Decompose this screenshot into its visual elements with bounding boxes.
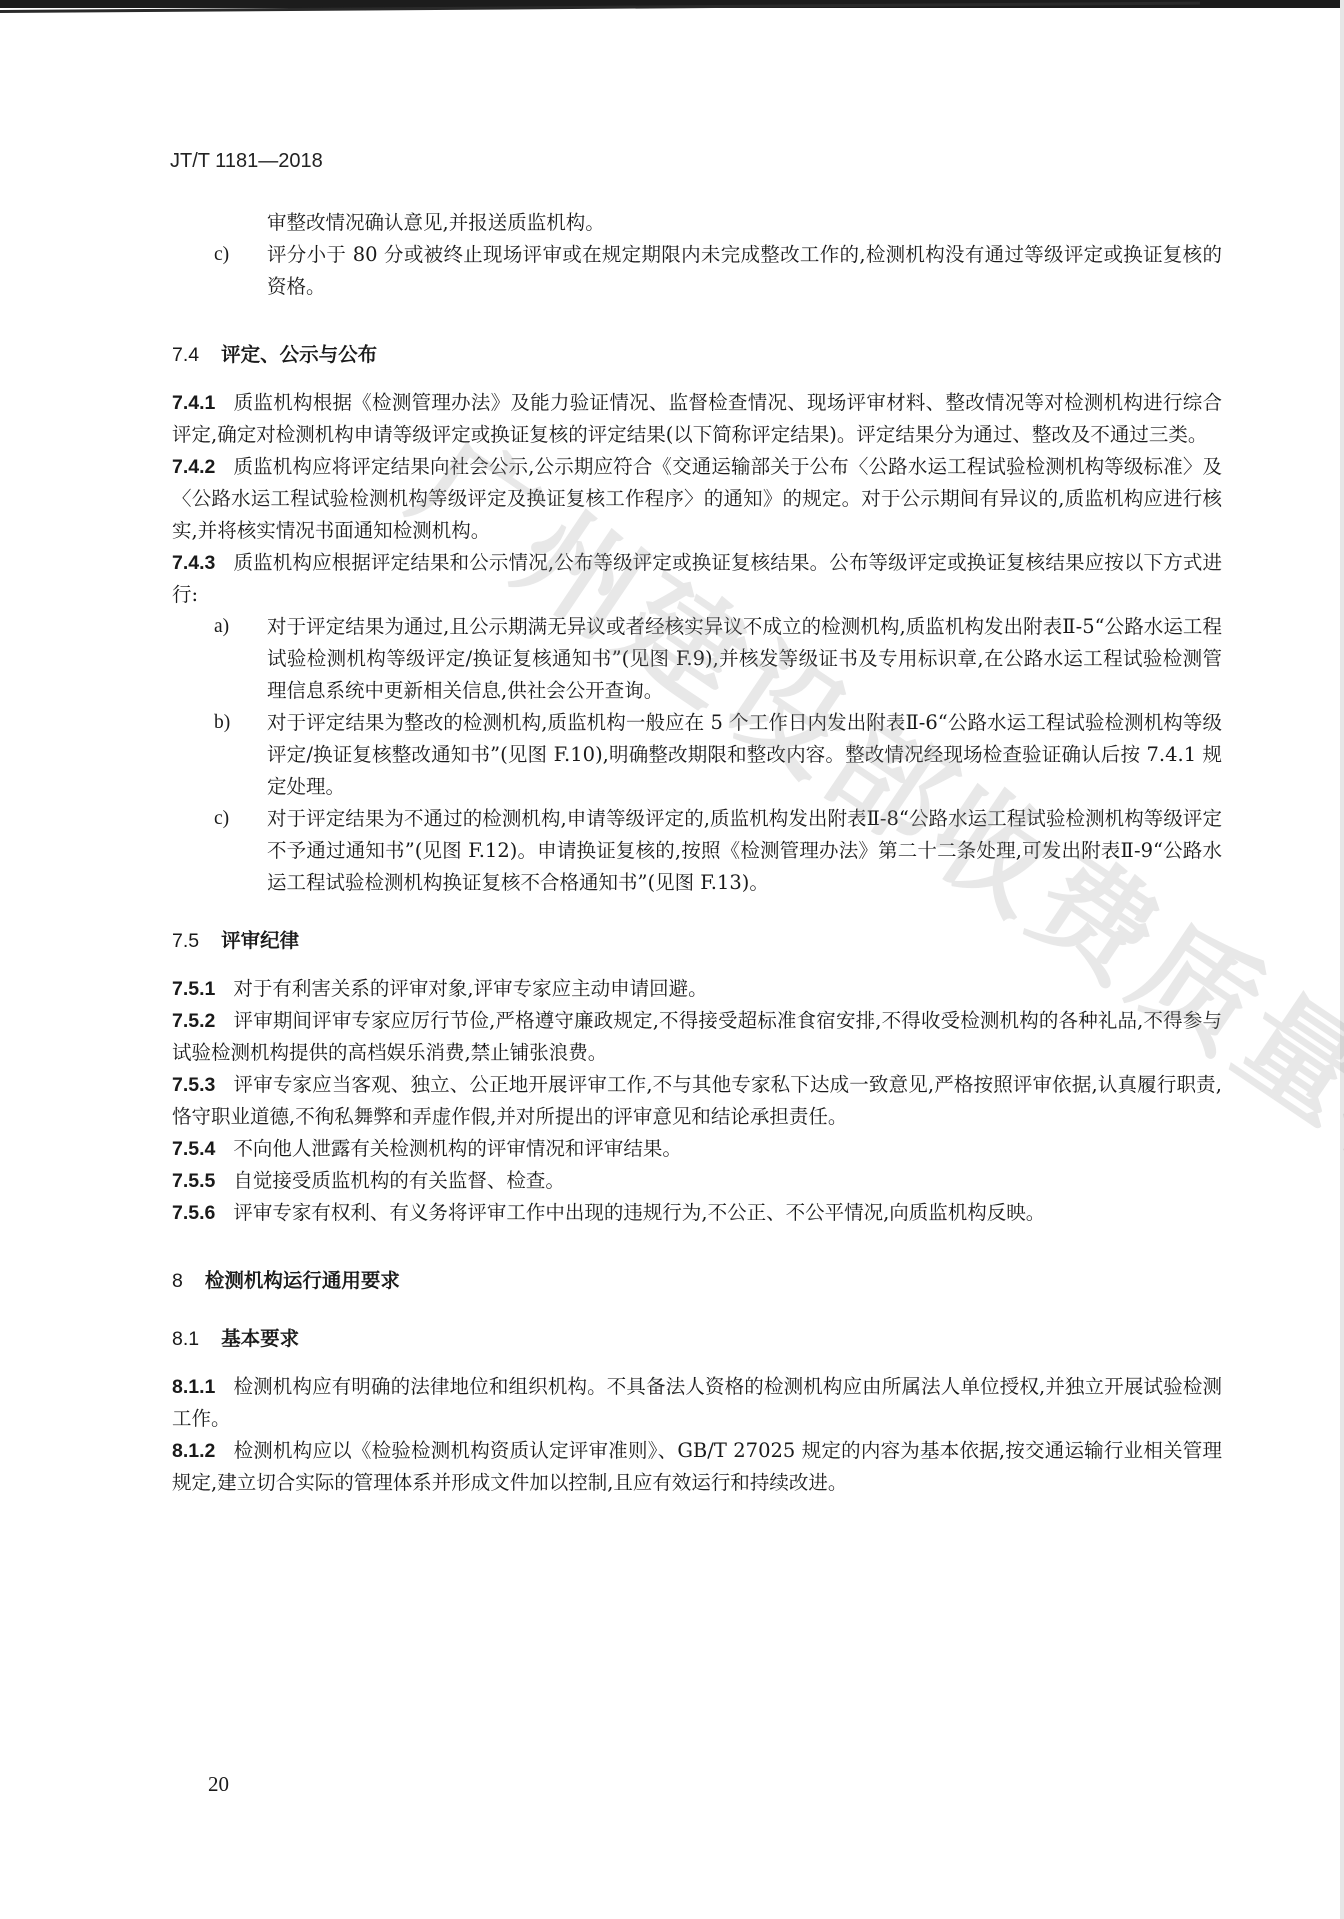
clause-text: 评审期间评审专家应厉行节俭,严格遵守廉政规定,不得接受超标准食宿安排,不得收受检… bbox=[172, 1009, 1222, 1064]
section-heading-8: 8检测机构运行通用要求 bbox=[172, 1265, 1222, 1297]
clause-text: 自觉接受质监机构的有关监督、检查。 bbox=[233, 1169, 565, 1192]
list-label: a) bbox=[214, 611, 229, 643]
clause-text: 对于有利害关系的评审对象,评审专家应主动申请回避。 bbox=[233, 977, 707, 1000]
section-number: 8.1 bbox=[172, 1328, 199, 1350]
clause-number: 8.1.1 bbox=[172, 1376, 215, 1398]
clause-text: 检测机构应有明确的法律地位和组织机构。不具备法人资格的检测机构应由所属法人单位授… bbox=[172, 1375, 1222, 1430]
list-label: c) bbox=[214, 239, 229, 271]
list-label: c) bbox=[214, 803, 229, 835]
clause-7-5-5: 7.5.5自觉接受质监机构的有关监督、检查。 bbox=[172, 1165, 1222, 1197]
list-item-a: a) 对于评定结果为通过,且公示期满无异议或者经核实异议不成立的检测机构,质监机… bbox=[172, 611, 1222, 707]
clause-text: 质监机构应将评定结果向社会公示,公示期应符合《交通运输部关于公布〈公路水运工程试… bbox=[172, 455, 1222, 542]
clause-text: 评审专家应当客观、独立、公正地开展评审工作,不与其他专家私下达成一致意见,严格按… bbox=[172, 1073, 1222, 1128]
clause-7-5-4: 7.5.4不向他人泄露有关检测机构的评审情况和评审结果。 bbox=[172, 1133, 1222, 1165]
clause-number: 8.1.2 bbox=[172, 1440, 215, 1462]
section-number: 8 bbox=[172, 1270, 183, 1292]
section-title: 评定、公示与公布 bbox=[221, 343, 377, 366]
clause-7-5-2: 7.5.2评审期间评审专家应厉行节俭,严格遵守廉政规定,不得接受超标准食宿安排,… bbox=[172, 1005, 1222, 1069]
clause-7-4-2: 7.4.2质监机构应将评定结果向社会公示,公示期应符合《交通运输部关于公布〈公路… bbox=[172, 451, 1222, 547]
scan-border-right bbox=[1340, 0, 1344, 1919]
clause-number: 7.5.6 bbox=[172, 1202, 215, 1224]
clause-7-5-3: 7.5.3评审专家应当客观、独立、公正地开展评审工作,不与其他专家私下达成一致意… bbox=[172, 1069, 1222, 1133]
section-heading-7-4: 7.4评定、公示与公布 bbox=[172, 339, 1222, 371]
clause-number: 7.5.1 bbox=[172, 978, 215, 1000]
section-title: 基本要求 bbox=[221, 1327, 299, 1350]
clause-number: 7.4.2 bbox=[172, 456, 215, 478]
clause-7-4-3: 7.4.3质监机构应根据评定结果和公示情况,公布等级评定或换证复核结果。公布等级… bbox=[172, 547, 1222, 611]
clause-text: 质监机构根据《检测管理办法》及能力验证情况、监督检查情况、现场评审材料、整改情况… bbox=[172, 391, 1222, 446]
list-text: 对于评定结果为通过,且公示期满无异议或者经核实异议不成立的检测机构,质监机构发出… bbox=[267, 615, 1222, 702]
clause-text: 检测机构应以《检验检测机构资质认定评审准则》、GB/T 27025 规定的内容为… bbox=[172, 1439, 1222, 1494]
clause-number: 7.4.3 bbox=[172, 552, 215, 574]
section-number: 7.5 bbox=[172, 930, 199, 952]
clause-number: 7.5.4 bbox=[172, 1138, 215, 1160]
clause-7-5-1: 7.5.1对于有利害关系的评审对象,评审专家应主动申请回避。 bbox=[172, 973, 1222, 1005]
list-text: 评分小于 80 分或被终止现场评审或在规定期限内未完成整改工作的,检测机构没有通… bbox=[267, 243, 1222, 298]
section-number: 7.4 bbox=[172, 344, 199, 366]
list-text: 对于评定结果为整改的检测机构,质监机构一般应在 5 个工作日内发出附表Ⅱ-6“公… bbox=[267, 711, 1222, 798]
clause-text: 评审专家有权利、有义务将评审工作中出现的违规行为,不公正、不公平情况,向质监机构… bbox=[233, 1201, 1045, 1224]
section-heading-7-5: 7.5评审纪律 bbox=[172, 925, 1222, 957]
clause-8-1-2: 8.1.2检测机构应以《检验检测机构资质认定评审准则》、GB/T 27025 规… bbox=[172, 1435, 1222, 1499]
clause-number: 7.4.1 bbox=[172, 392, 215, 414]
section-title: 评审纪律 bbox=[221, 929, 299, 952]
list-item-b: b) 对于评定结果为整改的检测机构,质监机构一般应在 5 个工作日内发出附表Ⅱ-… bbox=[172, 707, 1222, 803]
clause-7-5-6: 7.5.6评审专家有权利、有义务将评审工作中出现的违规行为,不公正、不公平情况,… bbox=[172, 1197, 1222, 1229]
section-title: 检测机构运行通用要求 bbox=[205, 1269, 400, 1292]
clause-number: 7.5.2 bbox=[172, 1010, 215, 1032]
clause-text: 质监机构应根据评定结果和公示情况,公布等级评定或换证复核结果。公布等级评定或换证… bbox=[172, 551, 1222, 606]
list-item-c: c) 对于评定结果为不通过的检测机构,申请等级评定的,质监机构发出附表Ⅱ-8“公… bbox=[172, 803, 1222, 899]
section-heading-8-1: 8.1基本要求 bbox=[172, 1323, 1222, 1355]
list-label: b) bbox=[214, 707, 230, 739]
standard-code-header: JT/T 1181—2018 bbox=[170, 150, 323, 173]
clause-number: 7.5.5 bbox=[172, 1170, 215, 1192]
clause-7-4-1: 7.4.1质监机构根据《检测管理办法》及能力验证情况、监督检查情况、现场评审材料… bbox=[172, 387, 1222, 451]
clause-8-1-1: 8.1.1检测机构应有明确的法律地位和组织机构。不具备法人资格的检测机构应由所属… bbox=[172, 1371, 1222, 1435]
list-item-continuation: 审整改情况确认意见,并报送质监机构。 bbox=[172, 207, 1222, 239]
clause-number: 7.5.3 bbox=[172, 1074, 215, 1096]
page-number: 20 bbox=[208, 1772, 229, 1797]
document-body: 审整改情况确认意见,并报送质监机构。 c) 评分小于 80 分或被终止现场评审或… bbox=[172, 207, 1222, 1499]
list-item-c: c) 评分小于 80 分或被终止现场评审或在规定期限内未完成整改工作的,检测机构… bbox=[172, 239, 1222, 303]
clause-text: 不向他人泄露有关检测机构的评审情况和评审结果。 bbox=[233, 1137, 682, 1160]
list-text: 对于评定结果为不通过的检测机构,申请等级评定的,质监机构发出附表Ⅱ-8“公路水运… bbox=[267, 807, 1222, 894]
